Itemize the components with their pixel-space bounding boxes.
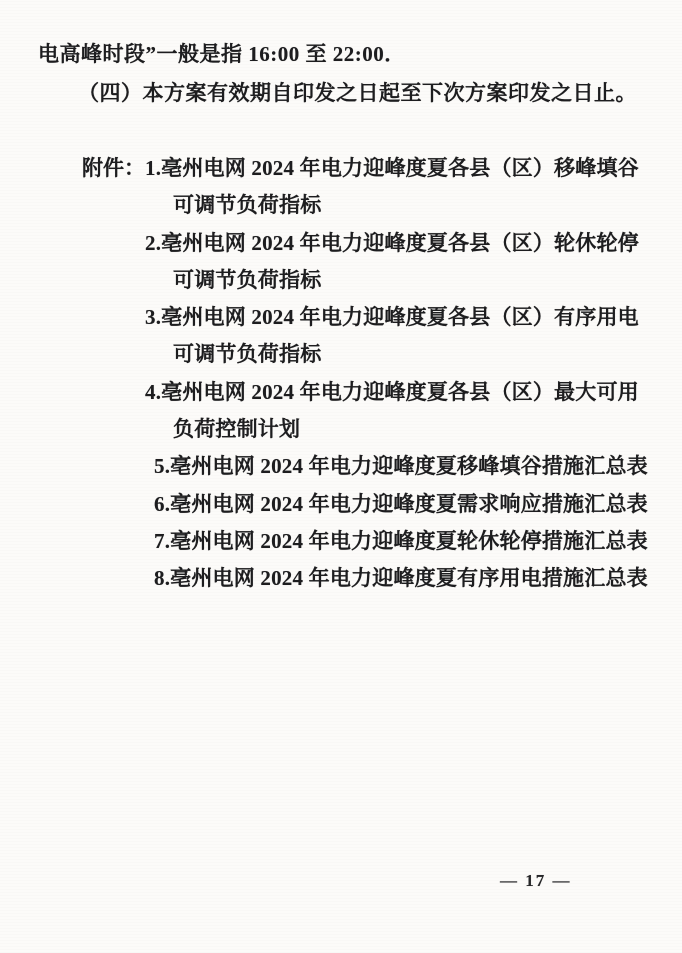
- attachment-item-4: 4.亳州电网 2024 年电力迎峰度夏各县（区）最大可用 负荷控制计划: [145, 374, 648, 449]
- attachment-item-6: 6.亳州电网 2024 年电力迎峰度夏需求响应措施汇总表: [145, 486, 648, 523]
- document-page: 电高峰时段”一般是指 16:00 至 22:00． （四）本方案有效期自印发之日…: [0, 0, 682, 953]
- page-number: — 17 —: [500, 871, 572, 891]
- attachment-item-3: 3.亳州电网 2024 年电力迎峰度夏各县（区）有序用电 可调节负荷指标: [145, 299, 648, 374]
- attachment-item-line: 1.亳州电网 2024 年电力迎峰度夏各县（区）移峰填谷: [145, 150, 648, 187]
- attachment-item-line: 7.亳州电网 2024 年电力迎峰度夏轮休轮停措施汇总表: [145, 523, 648, 560]
- attachment-item-line: 5.亳州电网 2024 年电力迎峰度夏移峰填谷措施汇总表: [145, 448, 648, 485]
- attachment-item-line: 3.亳州电网 2024 年电力迎峰度夏各县（区）有序用电: [145, 299, 648, 336]
- attachment-item-line: 4.亳州电网 2024 年电力迎峰度夏各县（区）最大可用: [145, 374, 648, 411]
- attachment-item-line: 8.亳州电网 2024 年电力迎峰度夏有序用电措施汇总表: [145, 560, 648, 597]
- attachments-label: 附件：: [82, 150, 145, 187]
- attachment-item-line-continuation: 负荷控制计划: [145, 411, 648, 448]
- paragraph-validity-period: （四）本方案有效期自印发之日起至下次方案印发之日止。: [78, 77, 637, 107]
- attachment-item-line: 6.亳州电网 2024 年电力迎峰度夏需求响应措施汇总表: [145, 486, 648, 523]
- attachment-item-line-continuation: 可调节负荷指标: [145, 262, 648, 299]
- attachment-item-2: 2.亳州电网 2024 年电力迎峰度夏各县（区）轮休轮停 可调节负荷指标: [145, 225, 648, 300]
- attachments-list: 1.亳州电网 2024 年电力迎峰度夏各县（区）移峰填谷 可调节负荷指标 2.亳…: [145, 150, 648, 598]
- attachment-item-7: 7.亳州电网 2024 年电力迎峰度夏轮休轮停措施汇总表: [145, 523, 648, 560]
- attachment-item-8: 8.亳州电网 2024 年电力迎峰度夏有序用电措施汇总表: [145, 560, 648, 597]
- attachments-section: 附件： 1.亳州电网 2024 年电力迎峰度夏各县（区）移峰填谷 可调节负荷指标…: [82, 150, 648, 598]
- attachment-item-line-continuation: 可调节负荷指标: [145, 187, 648, 224]
- attachment-item-line-continuation: 可调节负荷指标: [145, 336, 648, 373]
- attachment-item-5: 5.亳州电网 2024 年电力迎峰度夏移峰填谷措施汇总表: [145, 448, 648, 485]
- attachment-item-line: 2.亳州电网 2024 年电力迎峰度夏各县（区）轮休轮停: [145, 225, 648, 262]
- paragraph-peak-hours: 电高峰时段”一般是指 16:00 至 22:00．: [38, 38, 406, 68]
- attachment-item-1: 1.亳州电网 2024 年电力迎峰度夏各县（区）移峰填谷 可调节负荷指标: [145, 150, 648, 225]
